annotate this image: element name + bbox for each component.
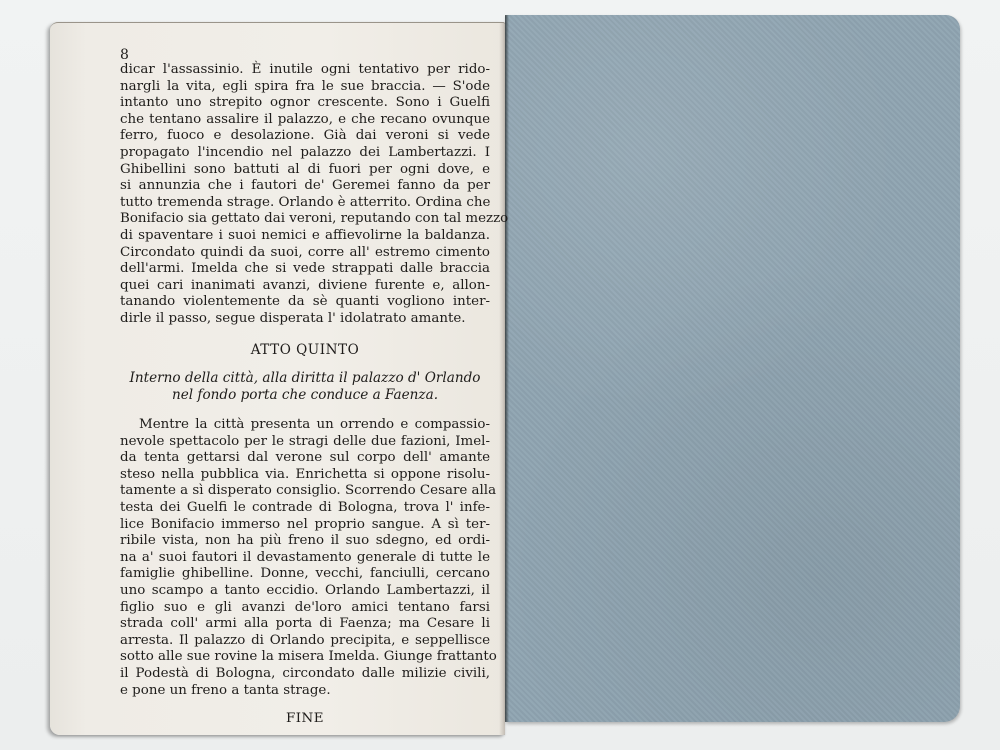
text-line: tutto tremenda strage. Orlando è atterri… — [120, 195, 490, 212]
text-line: tamente a sì disperato consiglio. Scorre… — [120, 483, 490, 500]
text-line: Bonifacio sia gettato dai veroni, reputa… — [120, 211, 490, 228]
text-line: nevole spettacolo per le stragi delle du… — [120, 434, 490, 451]
paragraph-2: Mentre la città presenta un orrendo e co… — [120, 417, 490, 699]
text-line: da tenta gettarsi dal verone sul corpo d… — [120, 450, 490, 467]
text-line: dicar l'assassinio. È inutile ogni tenta… — [120, 62, 490, 79]
text-line: ferro, fuoco e desolazione. Già dai vero… — [120, 128, 490, 145]
text-line: dirle il passo, segue disperata l' idola… — [120, 311, 490, 328]
text-line: il Podestà di Bologna, circondato dalle … — [120, 666, 490, 683]
text-line: nargli la vita, egli spira fra le sue br… — [120, 79, 490, 96]
text-line: sotto alle sue rovine la misera Imelda. … — [120, 649, 490, 666]
text-line: Circondato quindi da suoi, corre all' es… — [120, 245, 490, 262]
text-line: di spaventare i suoi nemici e affievolir… — [120, 228, 490, 245]
page-text: 8 dicar l'assassinio. È inutile ogni ten… — [120, 48, 490, 728]
text-line: arresta. Il palazzo di Orlando precipita… — [120, 633, 490, 650]
end-mark: FINE — [120, 711, 490, 728]
text-line: Ghibellini sono battuti al di fuori per … — [120, 162, 490, 179]
scene-line: Interno della città, alla diritta il pal… — [120, 370, 490, 387]
text-line: na a' suoi fautori il devastamento gener… — [120, 550, 490, 567]
text-line: propagato l'incendio nel palazzo dei Lam… — [120, 145, 490, 162]
act-title: ATTO QUINTO — [120, 342, 490, 359]
text-line: dell'armi. Imelda che si vede strappati … — [120, 261, 490, 278]
paragraph-1: dicar l'assassinio. È inutile ogni tenta… — [120, 62, 490, 328]
scene-line: nel fondo porta che conduce a Faenza. — [120, 387, 490, 404]
text-line: tanando violentemente da sè quanti vogli… — [120, 294, 490, 311]
text-line: intanto uno strepito ognor crescente. So… — [120, 95, 490, 112]
text-line: figlio suo e gli avanzi de'loro amici te… — [120, 600, 490, 617]
text-line: strada coll' armi alla porta di Faenza; … — [120, 616, 490, 633]
text-line: si annunzia che i fautori de' Geremei fa… — [120, 178, 490, 195]
text-line: e pone un freno a tanta strage. — [120, 683, 490, 700]
text-line: testa dei Guelfi le contrade di Bologna,… — [120, 500, 490, 517]
text-line: Mentre la città presenta un orrendo e co… — [120, 417, 490, 434]
text-line: uno scampo a tanto eccidio. Orlando Lamb… — [120, 583, 490, 600]
page-number: 8 — [120, 48, 490, 62]
text-line: lice Bonifacio immerso nel proprio sangu… — [120, 517, 490, 534]
text-line: quei cari inanimati avanzi, diviene fure… — [120, 278, 490, 295]
scene-description: Interno della città, alla diritta il pal… — [120, 370, 490, 404]
text-line: che tentano assalire il palazzo, e che r… — [120, 112, 490, 129]
text-line: steso nella pubblica via. Enrichetta si … — [120, 467, 490, 484]
text-line: famiglie ghibelline. Donne, vecchi, fanc… — [120, 566, 490, 583]
right-cover-page — [505, 15, 960, 722]
text-line: ribile vista, non ha più freno il suo sd… — [120, 533, 490, 550]
